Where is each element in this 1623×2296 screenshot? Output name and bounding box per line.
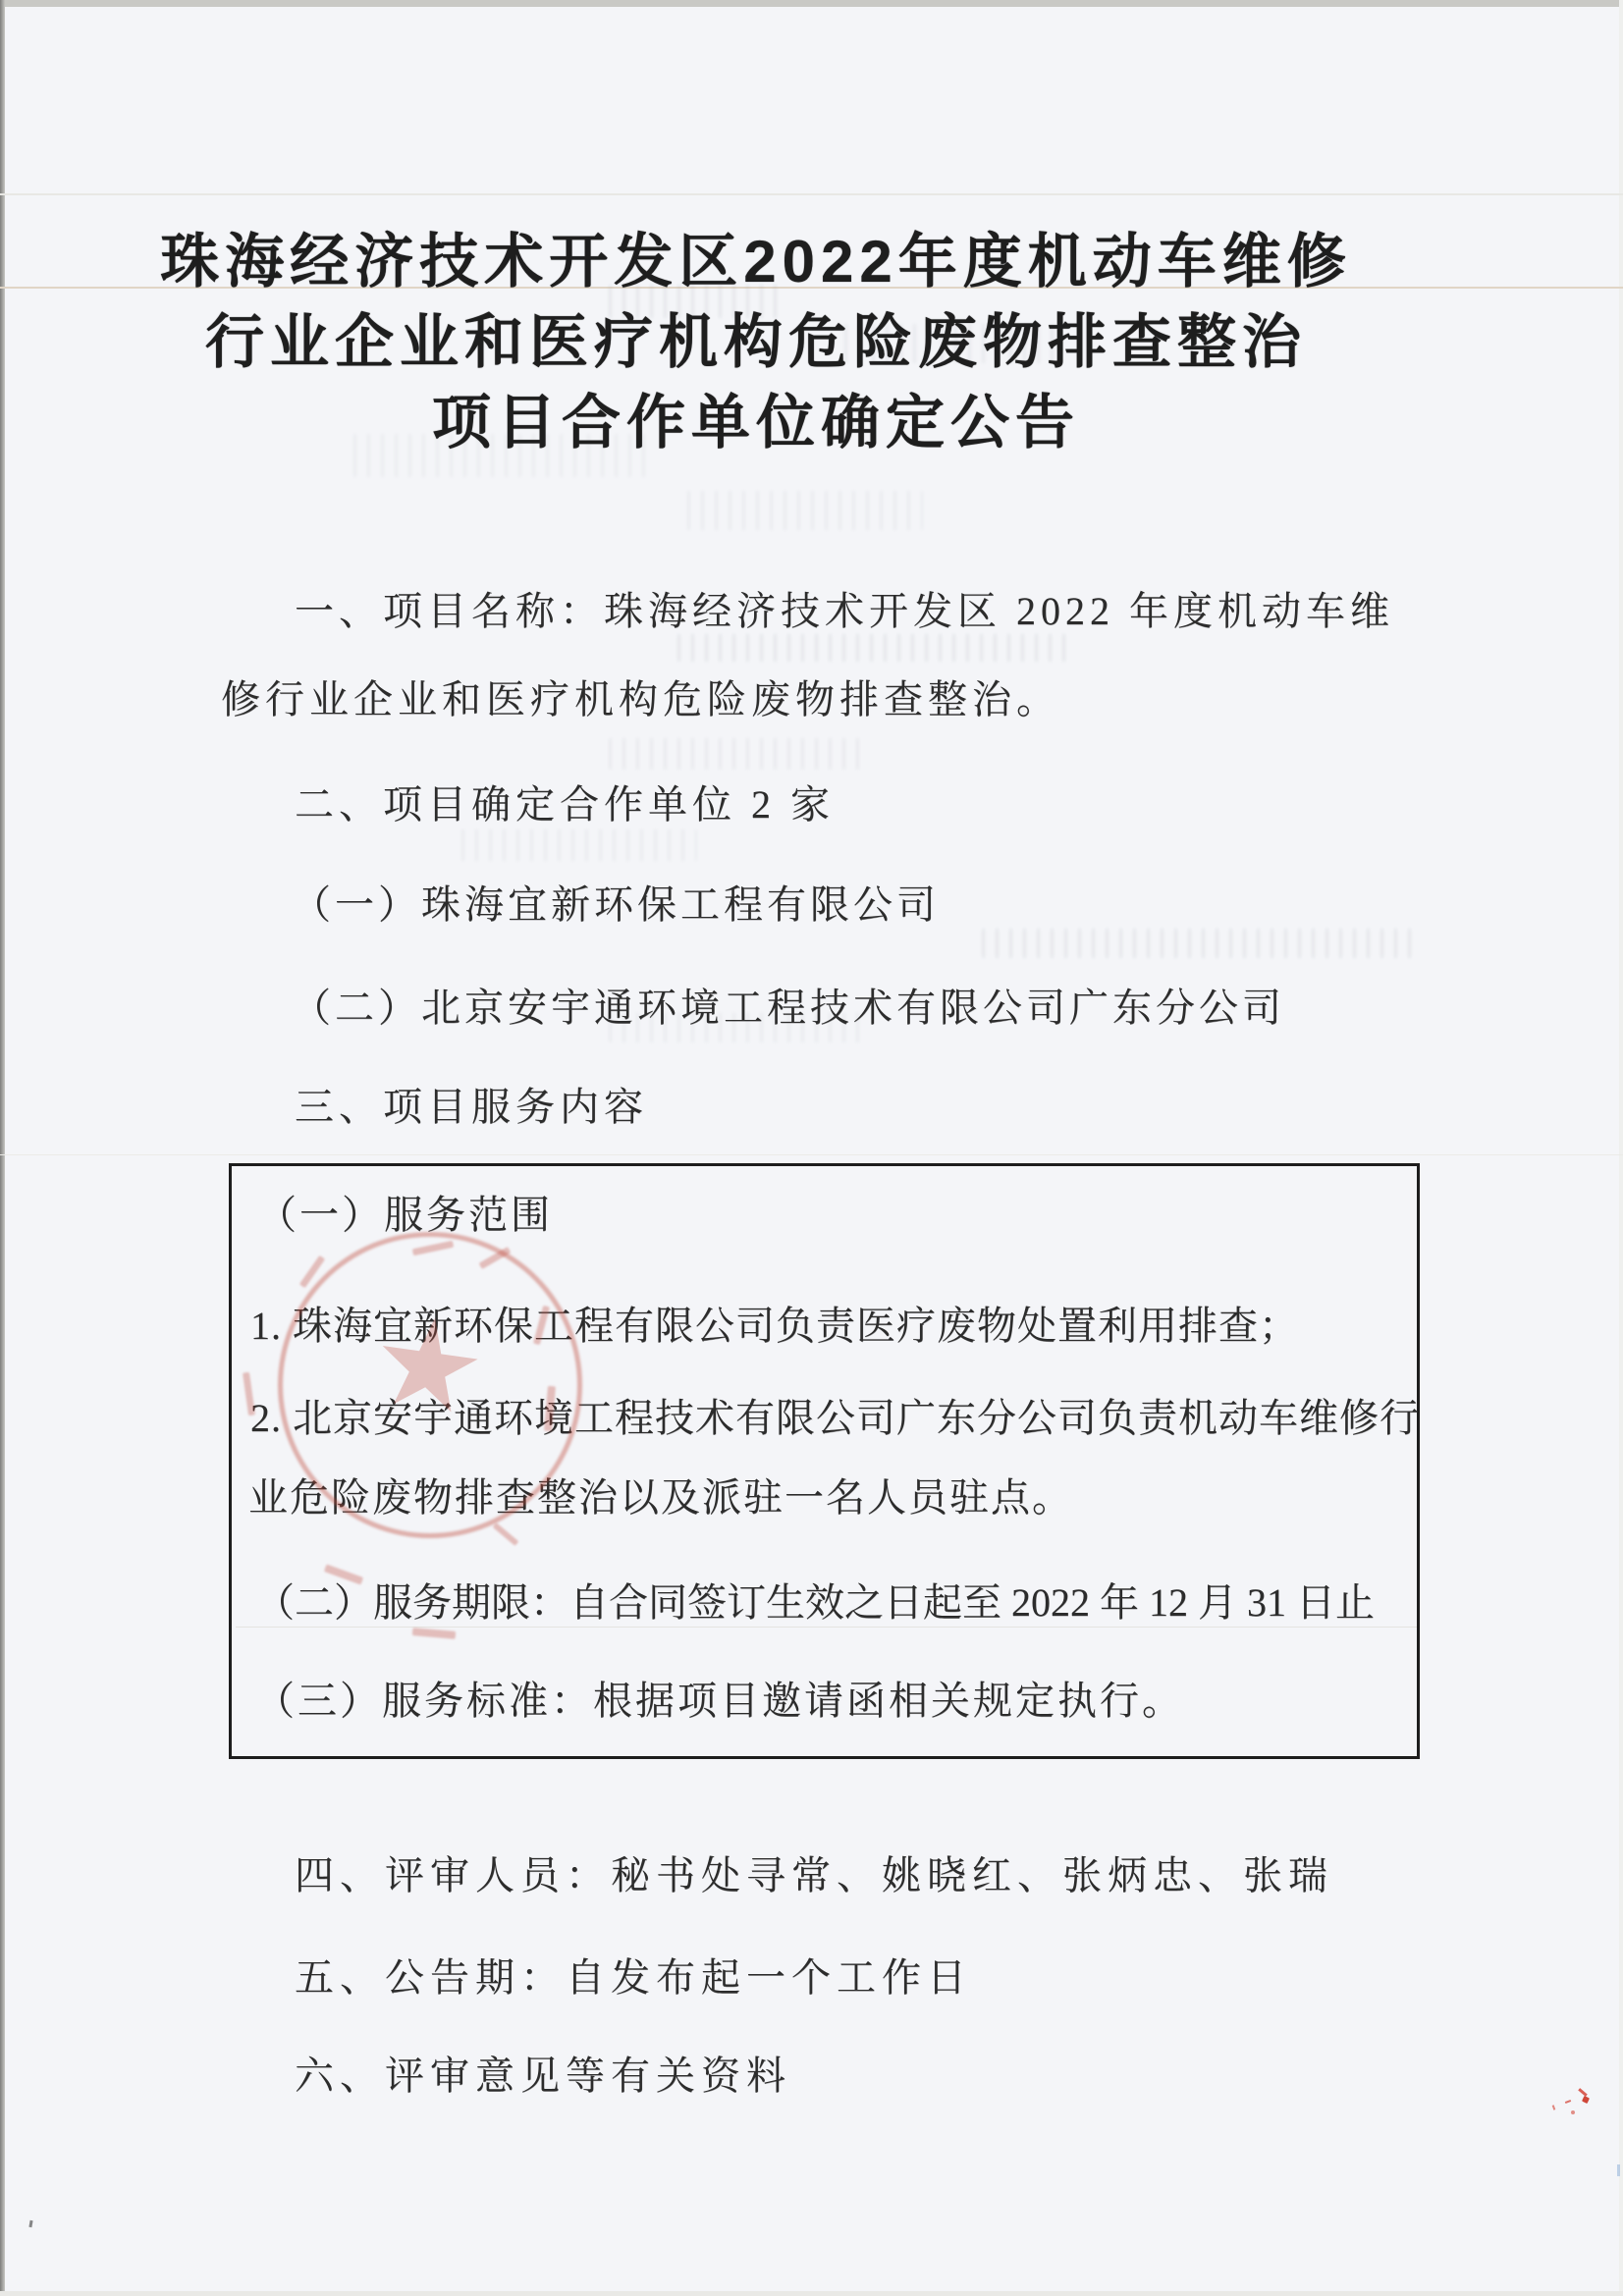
body-line-partner-1: （一）珠海宜新环保工程有限公司	[292, 881, 940, 930]
red-ink-speck	[1552, 2105, 1556, 2109]
box-line-service-scope: （一）服务范围	[257, 1191, 553, 1240]
scan-artifact-line	[0, 1154, 1623, 1155]
scan-edge-right	[1619, 0, 1623, 2296]
footer-line-reviewers: 四、评审人员：秘书处寻常、姚晓红、张炳忠、张瑞	[295, 1851, 1333, 1900]
blue-edge-speck	[1617, 2164, 1620, 2176]
scan-edge-left	[0, 0, 5, 2296]
scan-artifact-line	[0, 193, 1623, 195]
document-title: 珠海经济技术开发区2022年度机动车维修 行业企业和医疗机构危险废物排查整治 项…	[59, 222, 1453, 463]
scan-edge-top	[0, 0, 1623, 7]
red-ink-speck	[1578, 2088, 1588, 2097]
body-line-partner-count: 二、项目确定合作单位 2 家	[295, 780, 835, 829]
bleed-through-smudge	[687, 491, 923, 530]
body-line-project-name-2: 修行业企业和医疗机构危险废物排查整治。	[221, 675, 1060, 724]
scanned-announcement-page: 珠海经济技术开发区2022年度机动车维修 行业企业和医疗机构危险废物排查整治 项…	[0, 0, 1623, 2296]
red-ink-speck	[1582, 2096, 1590, 2104]
bleed-through-smudge	[461, 829, 697, 861]
ink-speck	[28, 2220, 32, 2227]
scan-edge-bottom	[0, 2291, 1623, 2296]
bleed-through-smudge	[677, 634, 1070, 662]
title-line-2: 行业企业和医疗机构危险废物排查整治	[59, 302, 1453, 383]
title-line-3: 项目合作单位确定公告	[59, 383, 1453, 463]
body-line-project-name-1: 一、项目名称：珠海经济技术开发区 2022 年度机动车维	[295, 587, 1394, 636]
body-line-partner-2: （二）北京安宇通环境工程技术有限公司广东分公司	[292, 984, 1285, 1033]
footer-line-review-materials: 六、评审意见等有关资料	[295, 2052, 791, 2101]
title-line-1: 珠海经济技术开发区2022年度机动车维修	[59, 222, 1453, 302]
bleed-through-smudge	[982, 929, 1414, 958]
red-ink-speck	[1571, 2110, 1575, 2114]
box-line-service-term: （二）服务期限：自合同签订生效之日起至 2022 年 12 月 31 日止	[255, 1578, 1375, 1628]
body-line-service-content-heading: 三、项目服务内容	[295, 1083, 648, 1132]
red-ink-speck	[1565, 2100, 1571, 2104]
box-line-service-standard: （三）服务标准：根据项目邀请函相关规定执行。	[255, 1677, 1184, 1726]
footer-line-notice-period: 五、公告期：自发布起一个工作日	[295, 1953, 972, 2002]
bleed-through-smudge	[609, 738, 864, 770]
